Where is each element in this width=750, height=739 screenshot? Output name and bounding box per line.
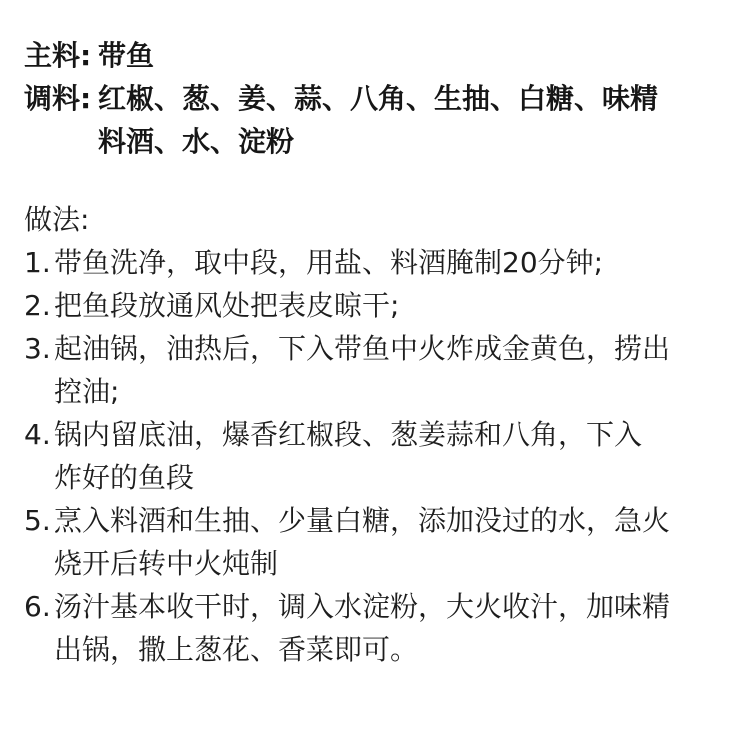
step-text: 带鱼洗净，取中段，用盐、料酒腌制20分钟; — [54, 241, 720, 284]
seasoning-row: 调料: 红椒、葱、姜、蒜、八角、生抽、白糖、味精 料酒、水、淀粉 — [24, 77, 720, 163]
step-item-3: 3. 起油锅，油热后，下入带鱼中火炸成金黄色，捞出 控油; — [24, 327, 720, 413]
recipe-page: 主料: 带鱼 调料: 红椒、葱、姜、蒜、八角、生抽、白糖、味精 料酒、水、淀粉 … — [0, 0, 750, 739]
step-line: 烧开后转中火炖制 — [54, 542, 720, 585]
step-item-2: 2. 把鱼段放通风处把表皮晾干; — [24, 284, 720, 327]
seasoning-line-1: 红椒、葱、姜、蒜、八角、生抽、白糖、味精 — [98, 77, 720, 120]
step-line: 带鱼洗净，取中段，用盐、料酒腌制20分钟; — [54, 241, 720, 284]
main-ingredient-row: 主料: 带鱼 — [24, 34, 720, 77]
step-line: 汤汁基本收干时，调入水淀粉，大火收汁，加味精 — [54, 585, 720, 628]
step-text: 烹入料酒和生抽、少量白糖，添加没过的水，急火 烧开后转中火炖制 — [54, 499, 720, 585]
main-ingredient-value: 带鱼 — [98, 34, 720, 77]
step-number: 1. — [24, 241, 54, 284]
seasoning-values: 红椒、葱、姜、蒜、八角、生抽、白糖、味精 料酒、水、淀粉 — [98, 77, 720, 163]
step-text: 汤汁基本收干时，调入水淀粉，大火收汁，加味精 出锅，撒上葱花、香菜即可。 — [54, 585, 720, 671]
step-line: 炸好的鱼段 — [54, 456, 720, 499]
step-line: 锅内留底油，爆香红椒段、葱姜蒜和八角，下入 — [54, 413, 720, 456]
method-section: 做法: 1. 带鱼洗净，取中段，用盐、料酒腌制20分钟; 2. 把鱼段放通风处把… — [24, 198, 720, 671]
step-item-5: 5. 烹入料酒和生抽、少量白糖，添加没过的水，急火 烧开后转中火炖制 — [24, 499, 720, 585]
step-number: 4. — [24, 413, 54, 456]
main-ingredient-label: 主料: — [24, 34, 98, 77]
ingredients-section: 主料: 带鱼 调料: 红椒、葱、姜、蒜、八角、生抽、白糖、味精 料酒、水、淀粉 — [24, 34, 720, 163]
step-line: 出锅，撒上葱花、香菜即可。 — [54, 628, 720, 671]
step-line: 起油锅，油热后，下入带鱼中火炸成金黄色，捞出 — [54, 327, 720, 370]
step-text: 把鱼段放通风处把表皮晾干; — [54, 284, 720, 327]
step-line: 控油; — [54, 370, 720, 413]
seasoning-line-2: 料酒、水、淀粉 — [98, 120, 720, 163]
step-number: 2. — [24, 284, 54, 327]
step-text: 锅内留底油，爆香红椒段、葱姜蒜和八角，下入 炸好的鱼段 — [54, 413, 720, 499]
step-text: 起油锅，油热后，下入带鱼中火炸成金黄色，捞出 控油; — [54, 327, 720, 413]
step-item-1: 1. 带鱼洗净，取中段，用盐、料酒腌制20分钟; — [24, 241, 720, 284]
step-line: 把鱼段放通风处把表皮晾干; — [54, 284, 720, 327]
seasoning-label: 调料: — [24, 77, 98, 120]
step-item-4: 4. 锅内留底油，爆香红椒段、葱姜蒜和八角，下入 炸好的鱼段 — [24, 413, 720, 499]
step-number: 6. — [24, 585, 54, 628]
step-line: 烹入料酒和生抽、少量白糖，添加没过的水，急火 — [54, 499, 720, 542]
step-item-6: 6. 汤汁基本收干时，调入水淀粉，大火收汁，加味精 出锅，撒上葱花、香菜即可。 — [24, 585, 720, 671]
method-heading: 做法: — [24, 198, 720, 241]
step-number: 5. — [24, 499, 54, 542]
step-number: 3. — [24, 327, 54, 370]
